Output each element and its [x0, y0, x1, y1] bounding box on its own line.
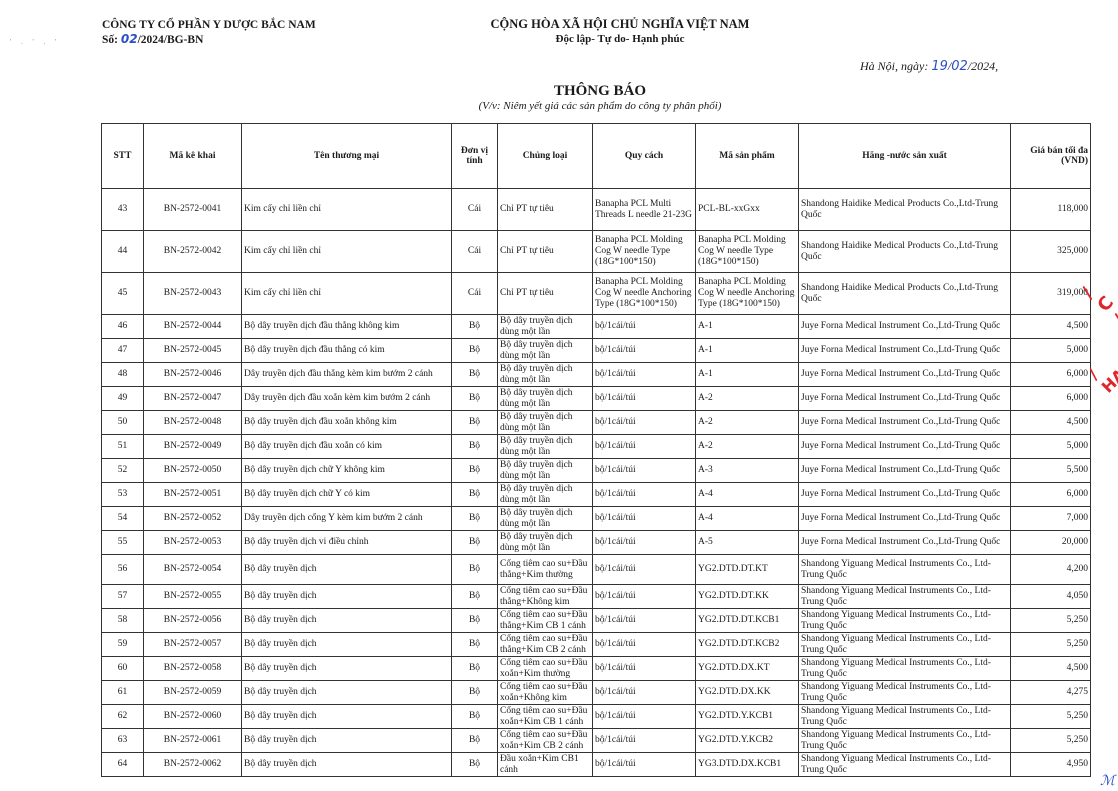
table-row: 58BN-2572-0056Bộ dây truyền dịchBộCổng t… [102, 609, 1091, 633]
row-declaration-code: BN-2572-0047 [144, 387, 242, 411]
row-product-code: A-4 [696, 507, 799, 531]
row-max-price: 4,275 [1011, 681, 1091, 705]
table-row: 46BN-2572-0044Bộ dây truyền dịch đầu thẳ… [102, 315, 1091, 339]
row-product-code: YG2.DTD.DT.KK [696, 585, 799, 609]
row-max-price: 4,950 [1011, 753, 1091, 777]
row-trade-name: Bộ dây truyền dịch [242, 633, 452, 657]
row-max-price: 6,000 [1011, 363, 1091, 387]
row-unit: Bộ [452, 435, 498, 459]
row-type: Cổng tiêm cao su+Đầu thẳng+Kim CB 2 cánh [498, 633, 593, 657]
row-declaration-code: BN-2572-0053 [144, 531, 242, 555]
row-type: Bộ dây truyền dịch dùng một lần [498, 363, 593, 387]
row-unit: Bộ [452, 459, 498, 483]
row-unit: Cái [452, 273, 498, 315]
row-trade-name: Bộ dây truyền dịch chữ Y không kim [242, 459, 452, 483]
row-type: Bộ dây truyền dịch dùng một lần [498, 387, 593, 411]
row-product-code: YG2.DTD.DT.KT [696, 555, 799, 585]
row-type: Bộ dây truyền dịch dùng một lần [498, 435, 593, 459]
row-spec: Banapha PCL Multi Threads L needle 21-23… [593, 189, 696, 231]
table-row: 57BN-2572-0055Bộ dây truyền dịchBộCổng t… [102, 585, 1091, 609]
row-declaration-code: BN-2572-0045 [144, 339, 242, 363]
row-max-price: 4,500 [1011, 315, 1091, 339]
row-trade-name: Bộ dây truyền dịch [242, 585, 452, 609]
row-declaration-code: BN-2572-0043 [144, 273, 242, 315]
row-type: Chỉ PT tự tiêu [498, 273, 593, 315]
row-product-code: PCL-BL-xxGxx [696, 189, 799, 231]
row-manufacturer: Juye Forna Medical Instrument Co.,Ltd-Tr… [799, 459, 1011, 483]
row-unit: Bộ [452, 657, 498, 681]
row-trade-name: Bộ dây truyền dịch chữ Y có kim [242, 483, 452, 507]
row-declaration-code: BN-2572-0062 [144, 753, 242, 777]
row-spec: bộ/1cái/túi [593, 681, 696, 705]
row-stt: 64 [102, 753, 144, 777]
row-stt: 43 [102, 189, 144, 231]
row-max-price: 5,250 [1011, 633, 1091, 657]
row-product-code: Banapha PCL Molding Cog W needle Anchori… [696, 273, 799, 315]
row-stt: 45 [102, 273, 144, 315]
row-declaration-code: BN-2572-0049 [144, 435, 242, 459]
row-unit: Bộ [452, 633, 498, 657]
row-trade-name: Kim cấy chỉ liền chỉ [242, 273, 452, 315]
row-trade-name: Bộ dây truyền dịch [242, 609, 452, 633]
row-manufacturer: Shandong Haidike Medical Products Co.,Lt… [799, 189, 1011, 231]
row-declaration-code: BN-2572-0046 [144, 363, 242, 387]
row-spec: bộ/1cái/túi [593, 315, 696, 339]
row-type: Cổng tiêm cao su+Đầu xoắn+Kim thường [498, 657, 593, 681]
row-product-code: A-3 [696, 459, 799, 483]
row-product-code: A-1 [696, 339, 799, 363]
row-trade-name: Bộ dây truyền dịch [242, 729, 452, 753]
row-product-code: YG2.DTD.DT.KCB1 [696, 609, 799, 633]
row-type: Bộ dây truyền dịch dùng một lần [498, 483, 593, 507]
row-manufacturer: Juye Forna Medical Instrument Co.,Ltd-Tr… [799, 435, 1011, 459]
table-row: 64BN-2572-0062Bộ dây truyền dịchBộĐầu xo… [102, 753, 1091, 777]
row-unit: Bộ [452, 753, 498, 777]
row-unit: Bộ [452, 483, 498, 507]
row-max-price: 5,250 [1011, 609, 1091, 633]
row-declaration-code: BN-2572-0048 [144, 411, 242, 435]
row-max-price: 5,250 [1011, 729, 1091, 753]
row-type: Bộ dây truyền dịch dùng một lần [498, 507, 593, 531]
row-unit: Bộ [452, 531, 498, 555]
row-manufacturer: Shandong Haidike Medical Products Co.,Lt… [799, 231, 1011, 273]
row-declaration-code: BN-2572-0052 [144, 507, 242, 531]
row-type: Cổng tiêm cao su+Đầu xoắn+Không kim [498, 681, 593, 705]
price-table: STT Mã kê khai Tên thương mại Đơn vị tín… [101, 123, 1091, 777]
table-row: 45BN-2572-0043Kim cấy chỉ liền chỉCáiChỉ… [102, 273, 1091, 315]
col-product-code: Mã sản phẩm [696, 124, 799, 189]
row-declaration-code: BN-2572-0058 [144, 657, 242, 681]
row-stt: 46 [102, 315, 144, 339]
table-row: 47BN-2572-0045Bộ dây truyền dịch đầu thẳ… [102, 339, 1091, 363]
row-product-code: YG2.DTD.DX.KT [696, 657, 799, 681]
table-row: 62BN-2572-0060Bộ dây truyền dịchBộCổng t… [102, 705, 1091, 729]
row-trade-name: Dây truyền dịch đầu xoắn kèm kim bướm 2 … [242, 387, 452, 411]
row-declaration-code: BN-2572-0060 [144, 705, 242, 729]
row-product-code: A-2 [696, 411, 799, 435]
row-product-code: YG2.DTD.DX.KK [696, 681, 799, 705]
row-manufacturer: Shandong Yiguang Medical Instruments Co.… [799, 753, 1011, 777]
row-unit: Bộ [452, 363, 498, 387]
row-max-price: 4,200 [1011, 555, 1091, 585]
row-declaration-code: BN-2572-0044 [144, 315, 242, 339]
row-declaration-code: BN-2572-0056 [144, 609, 242, 633]
row-stt: 53 [102, 483, 144, 507]
row-manufacturer: Shandong Yiguang Medical Instruments Co.… [799, 633, 1011, 657]
national-heading: CỘNG HÒA XÃ HỘI CHỦ NGHĨA VIỆT NAM Độc l… [470, 17, 770, 46]
row-product-code: YG2.DTD.DT.KCB2 [696, 633, 799, 657]
row-spec: bộ/1cái/túi [593, 507, 696, 531]
row-unit: Bộ [452, 705, 498, 729]
row-spec: bộ/1cái/túi [593, 585, 696, 609]
col-stt: STT [102, 124, 144, 189]
notice-title-block: THÔNG BÁO (V/v: Niêm yết giá các sản phẩ… [470, 82, 730, 113]
row-declaration-code: BN-2572-0059 [144, 681, 242, 705]
table-row: 43BN-2572-0041Kim cấy chỉ liền chỉCáiChỉ… [102, 189, 1091, 231]
row-manufacturer: Juye Forna Medical Instrument Co.,Ltd-Tr… [799, 315, 1011, 339]
row-max-price: 5,250 [1011, 705, 1091, 729]
col-unit: Đơn vị tính [452, 124, 498, 189]
table-header-row: STT Mã kê khai Tên thương mại Đơn vị tín… [102, 124, 1091, 189]
row-spec: Banapha PCL Molding Cog W needle Anchori… [593, 273, 696, 315]
row-product-code: A-2 [696, 435, 799, 459]
table-row: 48BN-2572-0046Dây truyền dịch đầu thẳng … [102, 363, 1091, 387]
table-row: 61BN-2572-0059Bộ dây truyền dịchBộCổng t… [102, 681, 1091, 705]
row-product-code: A-5 [696, 531, 799, 555]
row-product-code: YG3.DTD.DX.KCB1 [696, 753, 799, 777]
row-unit: Bộ [452, 339, 498, 363]
table-row: 59BN-2572-0057Bộ dây truyền dịchBộCổng t… [102, 633, 1091, 657]
row-stt: 56 [102, 555, 144, 585]
row-stt: 49 [102, 387, 144, 411]
row-unit: Bộ [452, 411, 498, 435]
row-unit: Bộ [452, 315, 498, 339]
row-type: Cổng tiêm cao su+Đầu thẳng+Kim CB 1 cánh [498, 609, 593, 633]
row-manufacturer: Shandong Yiguang Medical Instruments Co.… [799, 657, 1011, 681]
row-max-price: 4,500 [1011, 411, 1091, 435]
row-manufacturer: Juye Forna Medical Instrument Co.,Ltd-Tr… [799, 531, 1011, 555]
row-manufacturer: Shandong Yiguang Medical Instruments Co.… [799, 609, 1011, 633]
national-motto: Độc lập- Tự do- Hạnh phúc [470, 32, 770, 46]
row-trade-name: Kim cấy chỉ liền chỉ [242, 231, 452, 273]
row-declaration-code: BN-2572-0041 [144, 189, 242, 231]
signature-mark: ℳ [1100, 773, 1115, 790]
row-manufacturer: Shandong Yiguang Medical Instruments Co.… [799, 585, 1011, 609]
col-trade-name: Tên thương mại [242, 124, 452, 189]
table-row: 56BN-2572-0054Bộ dây truyền dịchBộCổng t… [102, 555, 1091, 585]
row-declaration-code: BN-2572-0055 [144, 585, 242, 609]
row-trade-name: Bộ dây truyền dịch [242, 705, 452, 729]
row-max-price: 6,000 [1011, 387, 1091, 411]
row-manufacturer: Shandong Yiguang Medical Instruments Co.… [799, 681, 1011, 705]
row-stt: 44 [102, 231, 144, 273]
row-spec: bộ/1cái/túi [593, 555, 696, 585]
row-spec: Banapha PCL Molding Cog W needle Type (1… [593, 231, 696, 273]
row-manufacturer: Juye Forna Medical Instrument Co.,Ltd-Tr… [799, 411, 1011, 435]
row-type: Bộ dây truyền dịch dùng một lần [498, 411, 593, 435]
row-stt: 48 [102, 363, 144, 387]
row-stt: 61 [102, 681, 144, 705]
row-stt: 55 [102, 531, 144, 555]
col-declaration-code: Mã kê khai [144, 124, 242, 189]
row-unit: Bộ [452, 387, 498, 411]
table-row: 60BN-2572-0058Bộ dây truyền dịchBộCổng t… [102, 657, 1091, 681]
notice-subtitle: (V/v: Niêm yết giá các sản phẩm do công … [470, 100, 730, 113]
row-stt: 52 [102, 459, 144, 483]
row-product-code: YG2.DTD.Y.KCB1 [696, 705, 799, 729]
row-stt: 58 [102, 609, 144, 633]
row-manufacturer: Shandong Yiguang Medical Instruments Co.… [799, 555, 1011, 585]
table-row: 51BN-2572-0049Bộ dây truyền dịch đầu xoắ… [102, 435, 1091, 459]
row-max-price: 325,000 [1011, 231, 1091, 273]
row-trade-name: Bộ dây truyền dịch đầu thẳng không kim [242, 315, 452, 339]
row-declaration-code: BN-2572-0061 [144, 729, 242, 753]
row-spec: bộ/1cái/túi [593, 387, 696, 411]
row-trade-name: Bộ dây truyền dịch [242, 681, 452, 705]
table-row: 44BN-2572-0042Kim cấy chỉ liền chỉCáiChỉ… [102, 231, 1091, 273]
row-type: Chỉ PT tự tiêu [498, 189, 593, 231]
row-trade-name: Bộ dây truyền dịch vi điều chỉnh [242, 531, 452, 555]
row-stt: 50 [102, 411, 144, 435]
row-trade-name: Bộ dây truyền dịch [242, 555, 452, 585]
row-declaration-code: BN-2572-0057 [144, 633, 242, 657]
row-max-price: 4,050 [1011, 585, 1091, 609]
row-unit: Cái [452, 189, 498, 231]
row-type: Bộ dây truyền dịch dùng một lần [498, 339, 593, 363]
row-stt: 60 [102, 657, 144, 681]
row-stt: 62 [102, 705, 144, 729]
row-type: Cổng tiêm cao su+Đầu thẳng+Không kim [498, 585, 593, 609]
row-type: Cổng tiêm cao su+Đầu xoắn+Kim CB 2 cánh [498, 729, 593, 753]
row-declaration-code: BN-2572-0042 [144, 231, 242, 273]
row-type: Chỉ PT tự tiêu [498, 231, 593, 273]
row-manufacturer: Shandong Yiguang Medical Instruments Co.… [799, 705, 1011, 729]
row-spec: bộ/1cái/túi [593, 531, 696, 555]
row-unit: Bộ [452, 507, 498, 531]
row-product-code: A-2 [696, 387, 799, 411]
handwritten-number: 02 [121, 32, 138, 46]
row-max-price: 7,000 [1011, 507, 1091, 531]
row-stt: 63 [102, 729, 144, 753]
handwritten-day: 19 [931, 59, 948, 74]
table-row: 52BN-2572-0050Bộ dây truyền dịch chữ Y k… [102, 459, 1091, 483]
row-spec: bộ/1cái/túi [593, 339, 696, 363]
row-max-price: 5,000 [1011, 339, 1091, 363]
row-spec: bộ/1cái/túi [593, 435, 696, 459]
row-trade-name: Dây truyền dịch đầu thẳng kèm kim bướm 2… [242, 363, 452, 387]
row-spec: bộ/1cái/túi [593, 363, 696, 387]
row-unit: Bộ [452, 681, 498, 705]
row-type: Bộ dây truyền dịch dùng một lần [498, 315, 593, 339]
row-max-price: 5,000 [1011, 435, 1091, 459]
row-manufacturer: Juye Forna Medical Instrument Co.,Ltd-Tr… [799, 507, 1011, 531]
row-product-code: Banapha PCL Molding Cog W needle Type (1… [696, 231, 799, 273]
row-spec: bộ/1cái/túi [593, 633, 696, 657]
place-date: Hà Nội, ngày: 19/02/2024, [860, 59, 998, 74]
row-unit: Bộ [452, 585, 498, 609]
row-product-code: YG2.DTD.Y.KCB2 [696, 729, 799, 753]
row-unit: Bộ [452, 555, 498, 585]
row-manufacturer: Juye Forna Medical Instrument Co.,Ltd-Tr… [799, 339, 1011, 363]
row-max-price: 20,000 [1011, 531, 1091, 555]
table-row: 53BN-2572-0051Bộ dây truyền dịch chữ Y c… [102, 483, 1091, 507]
row-stt: 54 [102, 507, 144, 531]
row-spec: bộ/1cái/túi [593, 657, 696, 681]
row-unit: Bộ [452, 729, 498, 753]
row-declaration-code: BN-2572-0054 [144, 555, 242, 585]
row-trade-name: Dây truyền dịch cổng Y kèm kim bướm 2 cá… [242, 507, 452, 531]
table-row: 63BN-2572-0061Bộ dây truyền dịchBộCổng t… [102, 729, 1091, 753]
col-manufacturer: Hãng -nước sản xuất [799, 124, 1011, 189]
document-number: Số: 02/2024/BG-BN [102, 32, 316, 47]
row-stt: 47 [102, 339, 144, 363]
row-manufacturer: Juye Forna Medical Instrument Co.,Ltd-Tr… [799, 387, 1011, 411]
row-manufacturer: Juye Forna Medical Instrument Co.,Ltd-Tr… [799, 363, 1011, 387]
row-stt: 59 [102, 633, 144, 657]
row-spec: bộ/1cái/túi [593, 483, 696, 507]
row-trade-name: Bộ dây truyền dịch đầu xoắn không kim [242, 411, 452, 435]
row-stt: 57 [102, 585, 144, 609]
row-max-price: 4,500 [1011, 657, 1091, 681]
row-manufacturer: Shandong Haidike Medical Products Co.,Lt… [799, 273, 1011, 315]
row-declaration-code: BN-2572-0051 [144, 483, 242, 507]
row-max-price: 6,000 [1011, 483, 1091, 507]
row-type: Bộ dây truyền dịch dùng một lần [498, 459, 593, 483]
table-row: 54BN-2572-0052Dây truyền dịch cổng Y kèm… [102, 507, 1091, 531]
scan-artifact: ' . ' . ' [10, 38, 60, 46]
company-block: CÔNG TY CỔ PHẦN Y DƯỢC BẮC NAM Số: 02/20… [102, 18, 316, 47]
notice-title: THÔNG BÁO [470, 82, 730, 100]
row-spec: bộ/1cái/túi [593, 729, 696, 753]
table-row: 50BN-2572-0048Bộ dây truyền dịch đầu xoắ… [102, 411, 1091, 435]
col-max-price: Giá bán tối đa (VND) [1011, 124, 1091, 189]
handwritten-month: 02 [951, 59, 968, 74]
row-manufacturer: Juye Forna Medical Instrument Co.,Ltd-Tr… [799, 483, 1011, 507]
row-product-code: A-4 [696, 483, 799, 507]
col-spec: Quy cách [593, 124, 696, 189]
row-product-code: A-1 [696, 315, 799, 339]
row-trade-name: Kim cấy chỉ liền chỉ [242, 189, 452, 231]
row-type: Đầu xoắn+Kim CB1 cánh [498, 753, 593, 777]
row-max-price: 118,000 [1011, 189, 1091, 231]
row-trade-name: Bộ dây truyền dịch đầu thẳng có kim [242, 339, 452, 363]
row-spec: bộ/1cái/túi [593, 705, 696, 729]
row-product-code: A-1 [696, 363, 799, 387]
table-row: 55BN-2572-0053Bộ dây truyền dịch vi điều… [102, 531, 1091, 555]
row-unit: Cái [452, 231, 498, 273]
row-trade-name: Bộ dây truyền dịch [242, 753, 452, 777]
company-name: CÔNG TY CỔ PHẦN Y DƯỢC BẮC NAM [102, 18, 316, 32]
table-row: 49BN-2572-0047Dây truyền dịch đầu xoắn k… [102, 387, 1091, 411]
row-type: Bộ dây truyền dịch dùng một lần [498, 531, 593, 555]
row-manufacturer: Shandong Yiguang Medical Instruments Co.… [799, 729, 1011, 753]
row-trade-name: Bộ dây truyền dịch [242, 657, 452, 681]
col-type: Chủng loại [498, 124, 593, 189]
row-declaration-code: BN-2572-0050 [144, 459, 242, 483]
row-stt: 51 [102, 435, 144, 459]
row-spec: bộ/1cái/túi [593, 753, 696, 777]
row-type: Cổng tiêm cao su+Đầu xoắn+Kim CB 1 cánh [498, 705, 593, 729]
nation-name: CỘNG HÒA XÃ HỘI CHỦ NGHĨA VIỆT NAM [470, 17, 770, 32]
row-max-price: 319,000 [1011, 273, 1091, 315]
row-spec: bộ/1cái/túi [593, 609, 696, 633]
row-max-price: 5,500 [1011, 459, 1091, 483]
row-trade-name: Bộ dây truyền dịch đầu xoắn có kim [242, 435, 452, 459]
row-spec: bộ/1cái/túi [593, 459, 696, 483]
row-spec: bộ/1cái/túi [593, 411, 696, 435]
row-type: Cổng tiêm cao su+Đầu thẳng+Kim thường [498, 555, 593, 585]
row-unit: Bộ [452, 609, 498, 633]
